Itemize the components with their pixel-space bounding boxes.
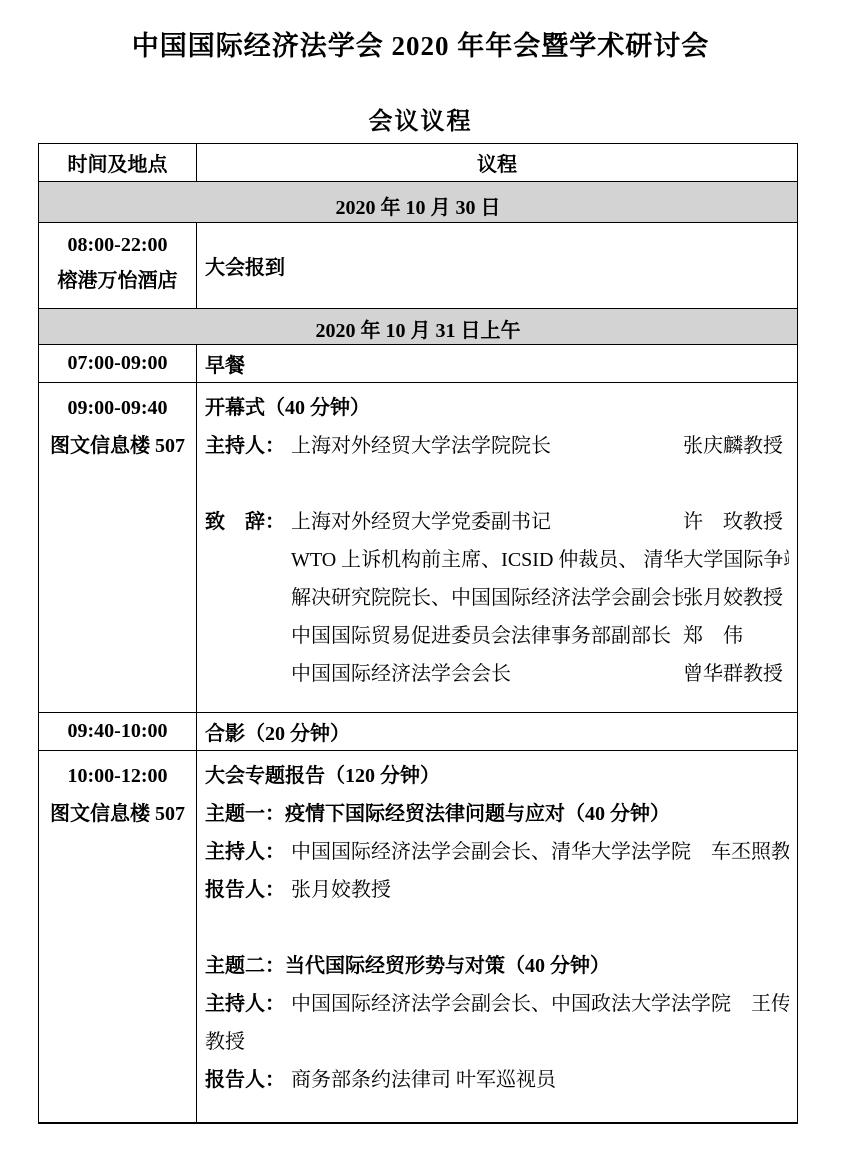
topic2-host-wrap-line: 教授 (205, 1023, 789, 1061)
topic1-title: 主题一：疫情下国际经贸法律问题与应对（40 分钟） (205, 795, 789, 833)
opening-agenda-cell: 开幕式（40 分钟） 主持人： 上海对外经贸大学法学院院长 张庆麟教授 致 辞：… (197, 383, 797, 712)
topic2-reporter-line: 报告人： 商务部条约法律司 叶军巡视员 (205, 1061, 789, 1099)
speech-text: 上海对外经贸大学党委副书记 (291, 503, 551, 541)
table-header-row: 时间及地点 议程 (39, 144, 797, 182)
report-place: 图文信息楼 507 (41, 795, 194, 833)
checkin-time-cell: 08:00-22:00 榕港万怡酒店 (39, 223, 197, 308)
row-checkin: 08:00-22:00 榕港万怡酒店 大会报到 (39, 223, 797, 309)
section-date-oct30: 2020 年 10 月 30 日 (39, 182, 797, 223)
section-date-oct31-am: 2020 年 10 月 31 日上午 (39, 309, 797, 345)
row-breakfast: 07:00-09:00 早餐 (39, 345, 797, 383)
host-label: 主持人： (205, 427, 291, 465)
blank-line (205, 909, 789, 947)
speech-name: 许 玫教授 (683, 503, 789, 541)
row-plenary-report: 10:00-12:00 图文信息楼 507 大会专题报告（120 分钟） 主题一… (39, 751, 797, 1122)
opening-place: 图文信息楼 507 (41, 427, 194, 465)
topic2-title: 主题二：当代国际经贸形势与对策（40 分钟） (205, 947, 789, 985)
page-title: 中国国际经济法学会 2020 年年会暨学术研讨会 (0, 0, 841, 63)
agenda-table: 时间及地点 议程 2020 年 10 月 30 日 08:00-22:00 榕港… (38, 143, 798, 1124)
photo-agenda: 合影（20 分钟） (197, 713, 797, 750)
speech-line-2: WTO 上诉机构前主席、ICSID 仲裁员、 清华大学国际争端 (205, 541, 789, 579)
row-group-photo: 09:40-10:00 合影（20 分钟） (39, 713, 797, 751)
host-name: 张庆麟教授 (683, 427, 789, 465)
document-page: 中国国际经济法学会 2020 年年会暨学术研讨会 会议议程 时间及地点 议程 2… (0, 0, 841, 1150)
checkin-place: 榕港万怡酒店 (41, 263, 194, 299)
opening-time-cell: 09:00-09:40 图文信息楼 507 (39, 383, 197, 712)
photo-time: 09:40-10:00 (39, 713, 197, 750)
speech-name-2: 张月姣教授 (683, 579, 789, 617)
checkin-time: 08:00-22:00 (41, 227, 194, 263)
speech-name-3: 郑 伟 (683, 617, 789, 655)
header-agenda-col: 议程 (197, 144, 797, 181)
speech-line-3: 解决研究院院长、中国国际经济法学会副会长 张月姣教授 (205, 579, 789, 617)
speech-name-4: 曾华群教授 (683, 655, 789, 693)
speech-line-1: 致 辞： 上海对外经贸大学党委副书记 许 玫教授 (205, 503, 789, 541)
checkin-agenda: 大会报到 (197, 223, 797, 308)
opening-title: 开幕式（40 分钟） (205, 389, 789, 427)
report-time-cell: 10:00-12:00 图文信息楼 507 (39, 751, 197, 1122)
breakfast-agenda: 早餐 (197, 345, 797, 382)
report-title: 大会专题报告（120 分钟） (205, 757, 789, 795)
topic1-reporter-line: 报告人： 张月姣教授 (205, 871, 789, 909)
blank-line (205, 465, 789, 503)
report-agenda-cell: 大会专题报告（120 分钟） 主题一：疫情下国际经贸法律问题与应对（40 分钟）… (197, 751, 797, 1122)
speech-line-5: 中国国际经济法学会会长 曾华群教授 (205, 655, 789, 693)
host-text: 上海对外经贸大学法学院院长 (291, 427, 551, 465)
breakfast-time: 07:00-09:00 (39, 345, 197, 382)
header-time-col: 时间及地点 (39, 144, 197, 181)
topic2-host-line: 主持人： 中国国际经济法学会副会长、中国政法大学法学院 王传丽 (205, 985, 789, 1023)
speech-line-4: 中国国际贸易促进委员会法律事务部副部长 郑 伟 (205, 617, 789, 655)
topic1-host-line: 主持人： 中国国际经济法学会副会长、清华大学法学院 车丕照教授 (205, 833, 789, 871)
opening-host-line: 主持人： 上海对外经贸大学法学院院长 张庆麟教授 (205, 427, 789, 465)
opening-time: 09:00-09:40 (41, 389, 194, 427)
report-time: 10:00-12:00 (41, 757, 194, 795)
speech-label: 致 辞： (205, 503, 291, 541)
page-subtitle: 会议议程 (0, 63, 841, 136)
row-opening-ceremony: 09:00-09:40 图文信息楼 507 开幕式（40 分钟） 主持人： 上海… (39, 383, 797, 713)
